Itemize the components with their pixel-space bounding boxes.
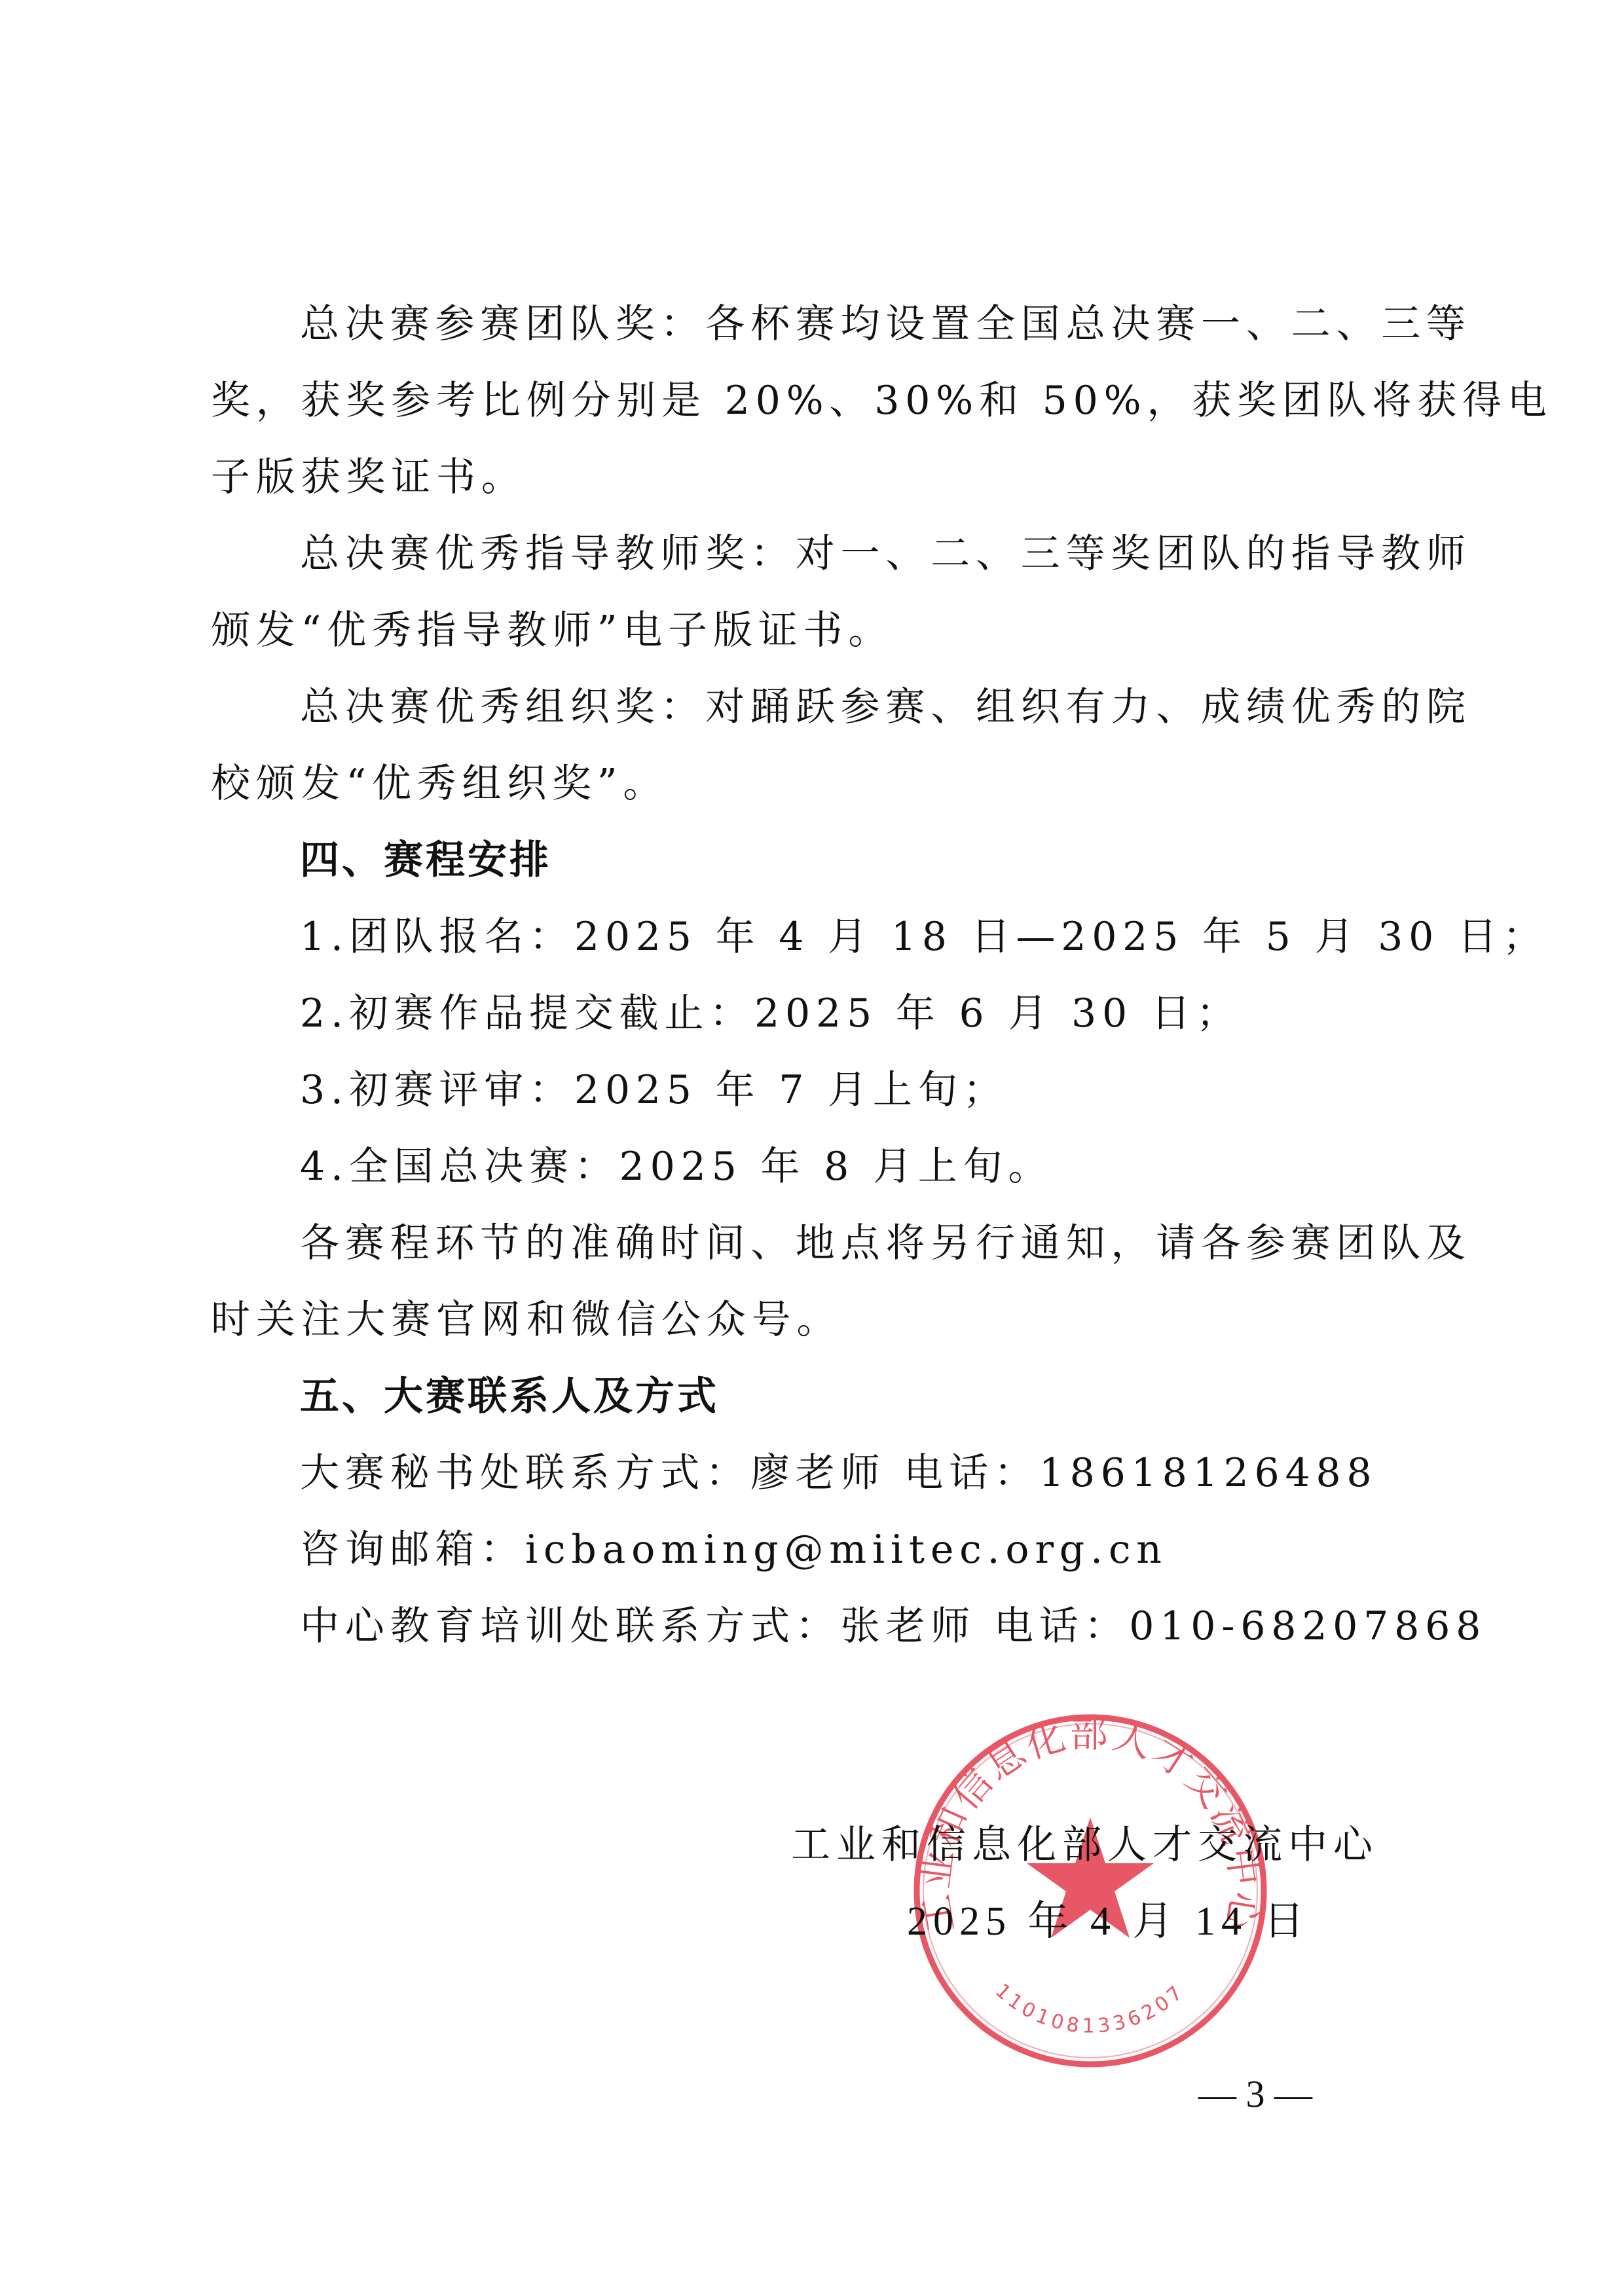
- paragraph-team-award-line-1: 总决赛参赛团队奖：各杯赛均设置全国总决赛一、二、三等: [300, 298, 1498, 350]
- contact-training-office: 中心教育培训处联系方式：张老师 电话：010-68207868: [300, 1600, 1498, 1652]
- section-heading-contacts: 五、大赛联系人及方式: [300, 1370, 1498, 1423]
- section-heading-schedule: 四、赛程安排: [300, 834, 1498, 886]
- schedule-item-submission: 2.初赛作品提交截止：2025 年 6 月 30 日；: [300, 987, 1498, 1040]
- schedule-item-final: 4.全国总决赛：2025 年 8 月上旬。: [300, 1140, 1498, 1193]
- paragraph-team-award-line-2: 奖，获奖参考比例分别是 20%、30%和 50%，获奖团队将获得电: [211, 374, 1409, 427]
- paragraph-team-award-line-3: 子版获奖证书。: [211, 451, 1409, 503]
- schedule-item-review: 3.初赛评审：2025 年 7 月上旬；: [300, 1064, 1498, 1116]
- svg-text:1101081336207: 1101081336207: [991, 1979, 1190, 2037]
- schedule-note-line-2: 时关注大赛官网和微信公众号。: [211, 1294, 1409, 1346]
- schedule-note-line-1: 各赛程环节的准确时间、地点将另行通知，请各参赛团队及: [300, 1217, 1498, 1269]
- document-page: 总决赛参赛团队奖：各杯赛均设置全国总决赛一、二、三等 奖，获奖参考比例分别是 2…: [0, 0, 1624, 2296]
- paragraph-teacher-award-line-1: 总决赛优秀指导教师奖：对一、二、三等奖团队的指导教师: [300, 528, 1498, 580]
- official-seal-icon: 工业和信息化部人才交流中心 1101081336207: [907, 1707, 1274, 2074]
- schedule-item-registration: 1.团队报名：2025 年 4 月 18 日—2025 年 5 月 30 日；: [300, 911, 1498, 963]
- signature-date: 2025 年 4 月 14 日: [907, 1895, 1310, 1948]
- paragraph-teacher-award-line-2: 颁发“优秀指导教师”电子版证书。: [211, 604, 1409, 657]
- paragraph-org-award-line-1: 总决赛优秀组织奖：对踊跃参赛、组织有力、成绩优秀的院: [300, 681, 1498, 733]
- page-number: — 3 —: [1198, 2072, 1312, 2116]
- signature-organization: 工业和信息化部人才交流中心: [791, 1819, 1378, 1871]
- paragraph-org-award-line-2: 校颁发“优秀组织奖”。: [211, 757, 1409, 810]
- contact-email: 咨询邮箱：icbaoming@miitec.org.cn: [300, 1523, 1498, 1576]
- contact-secretariat: 大赛秘书处联系方式：廖老师 电话：18618126488: [300, 1447, 1498, 1499]
